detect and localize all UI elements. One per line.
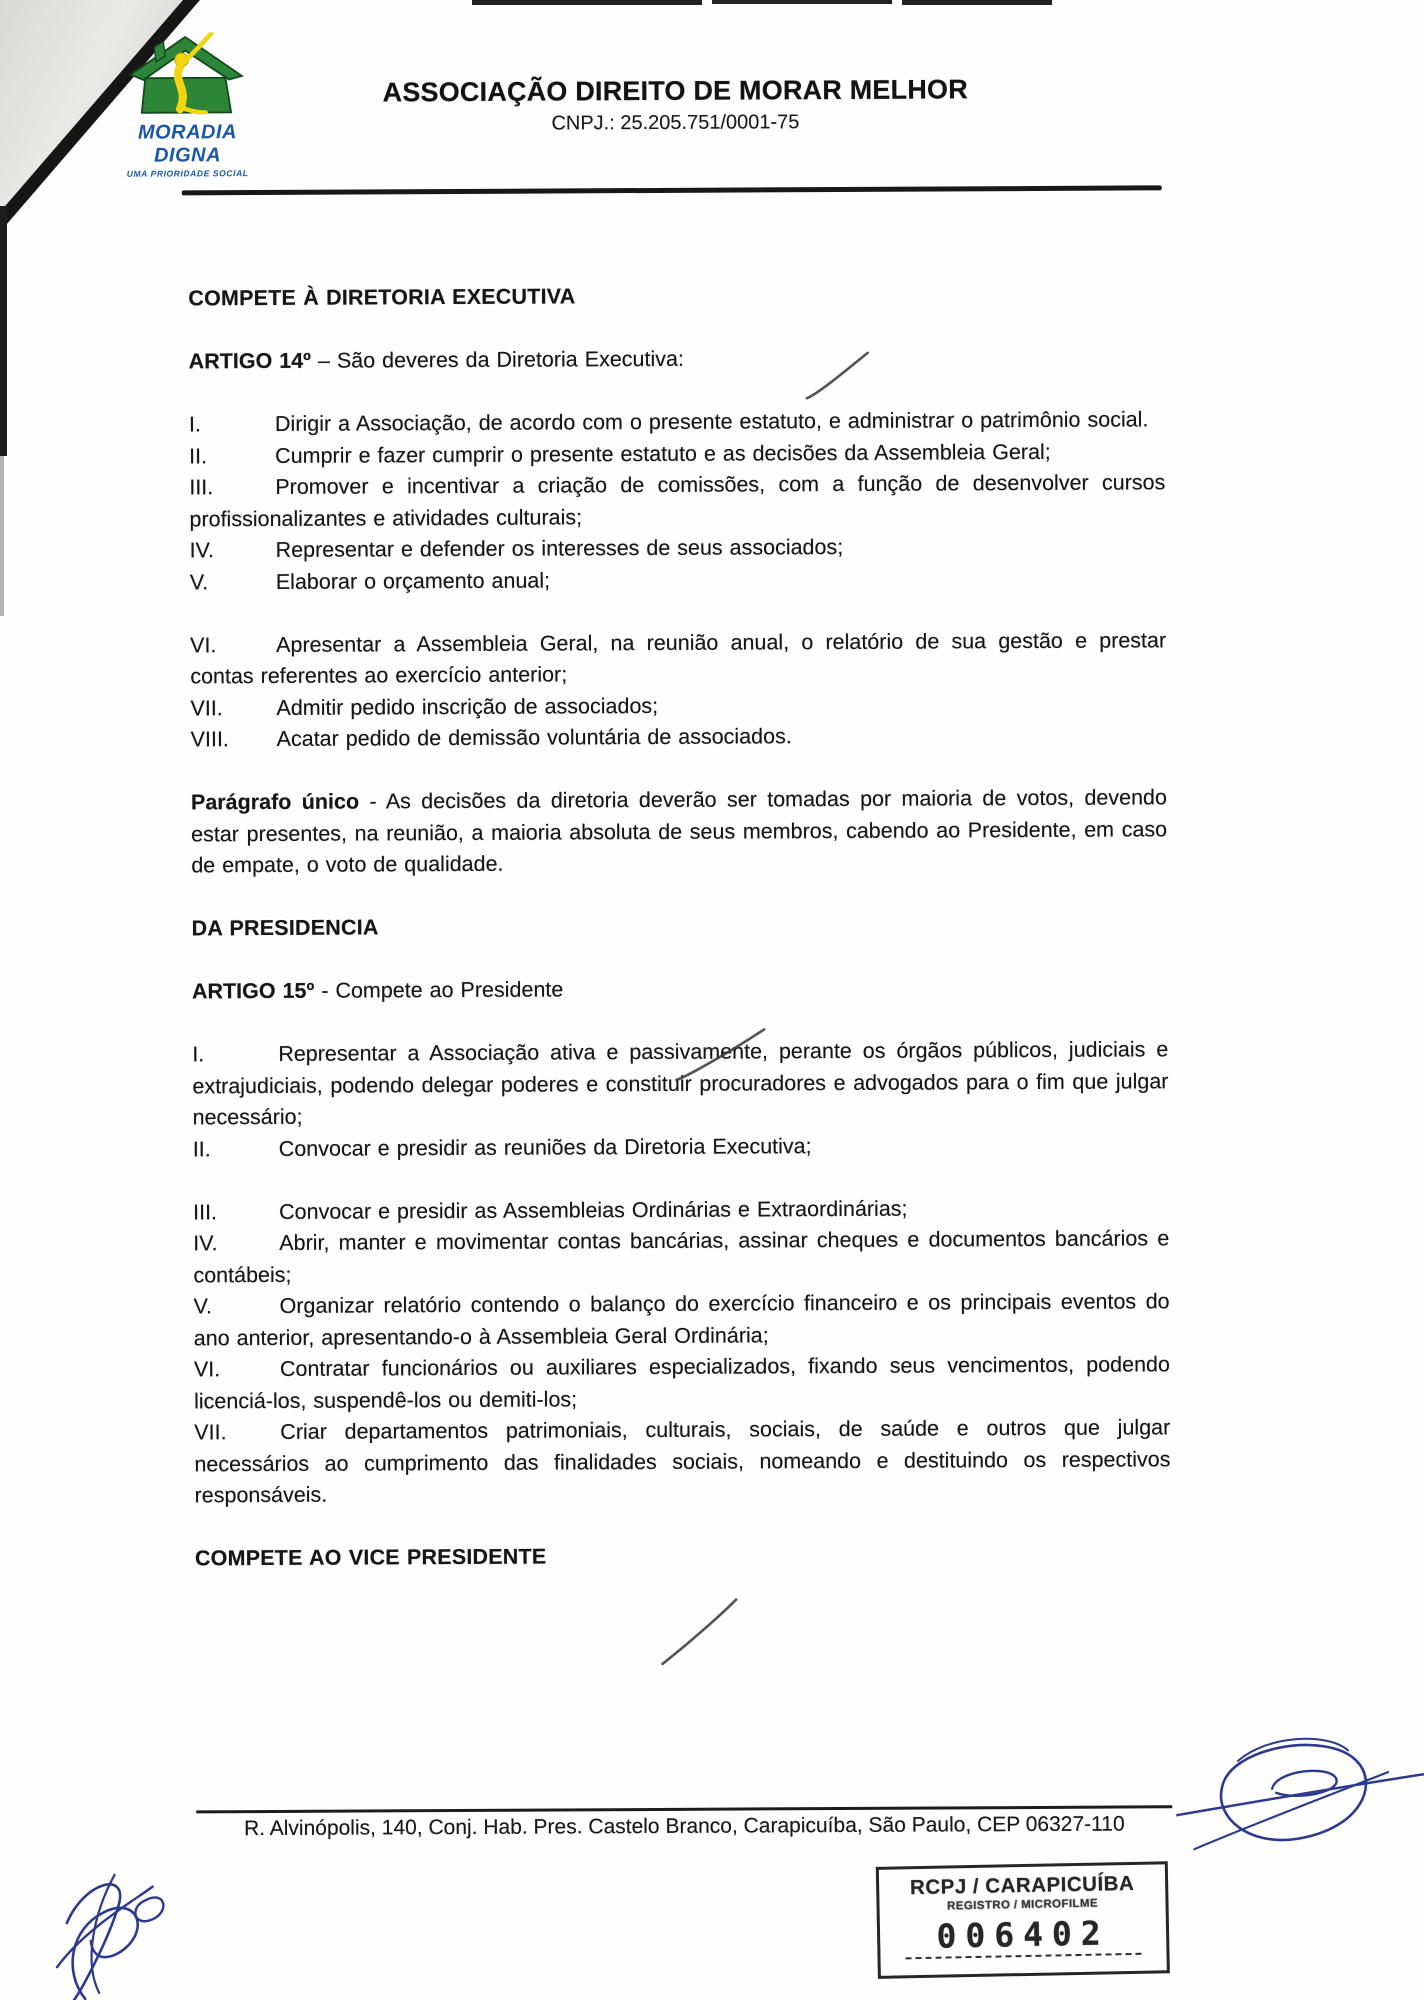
item-numeral: V. xyxy=(190,566,276,598)
statute-item: I.Dirigir a Associação, de acordo com o … xyxy=(189,404,1165,441)
section-heading-presidencia: DA PRESIDENCIA xyxy=(192,908,1168,945)
item-text: Admitir pedido inscrição de associados; xyxy=(276,693,658,719)
pen-slash-mark xyxy=(672,1025,768,1084)
statute-item: V.Elaborar o orçamento anual; xyxy=(190,562,1166,599)
item-text: Dirigir a Associação, de acordo com o pr… xyxy=(275,407,1149,436)
item-numeral: VII. xyxy=(190,692,276,724)
statute-item: IV.Representar e defender os interesses … xyxy=(190,530,1166,567)
statute-item: VI.Contratar funcionários ou auxiliares … xyxy=(194,1349,1170,1417)
item-numeral: III. xyxy=(189,472,275,504)
item-text: Cumprir e fazer cumprir o presente estat… xyxy=(275,439,1051,467)
item-numeral: VI. xyxy=(190,629,276,661)
article-14-line: ARTIGO 14º – São deveres da Diretoria Ex… xyxy=(189,341,1165,378)
item-numeral: IV. xyxy=(193,1228,279,1260)
item-text: Acatar pedido de demissão voluntária de … xyxy=(277,724,792,751)
statute-item: VII.Criar departamentos patrimoniais, cu… xyxy=(194,1412,1170,1512)
section-heading-vice-presidente: COMPETE AO VICE PRESIDENTE xyxy=(195,1538,1171,1575)
article-15-line: ARTIGO 15º - Compete ao Presidente xyxy=(192,971,1168,1008)
document-scan-area: MORADIA DIGNA UMA PRIORIDADE SOCIAL ASSO… xyxy=(0,0,1424,2000)
item-numeral: IV. xyxy=(190,535,276,567)
scanned-document-page: MORADIA DIGNA UMA PRIORIDADE SOCIAL ASSO… xyxy=(0,0,1424,2000)
article-14-items-b: VI.Apresentar a Assembleia Geral, na reu… xyxy=(190,625,1167,756)
item-numeral: VIII. xyxy=(191,724,277,756)
item-text: Abrir, manter e movimentar contas bancár… xyxy=(193,1226,1169,1287)
item-text: Convocar e presidir as reuniões da Diret… xyxy=(279,1134,812,1161)
article-15-text: - Compete ao Presidente xyxy=(314,977,563,1002)
statute-item: II.Cumprir e fazer cumprir o presente es… xyxy=(189,436,1165,473)
article-15-items-b: III.Convocar e presidir as Assembleias O… xyxy=(193,1192,1171,1512)
item-numeral: II. xyxy=(189,440,275,472)
statute-item: V.Organizar relatório contendo o balanço… xyxy=(194,1286,1170,1354)
article-14-label: ARTIGO 14º xyxy=(189,349,311,374)
organization-name: ASSOCIAÇÃO DIREITO DE MORAR MELHOR xyxy=(335,74,1015,109)
paraph-scribble xyxy=(1176,1714,1424,1857)
house-logo-icon xyxy=(121,32,253,115)
article-14-text: – São deveres da Diretoria Executiva: xyxy=(311,347,684,373)
item-numeral: V. xyxy=(194,1291,280,1323)
footer-address: R. Alvinópolis, 140, Conj. Hab. Pres. Ca… xyxy=(196,1812,1172,1841)
document-body: COMPETE À DIRETORIA EXECUTIVA ARTIGO 14º… xyxy=(188,278,1171,1606)
signature-scribble xyxy=(53,1868,204,2000)
statute-item: III.Convocar e presidir as Assembleias O… xyxy=(193,1192,1169,1229)
statute-item: II.Convocar e presidir as reuniões da Di… xyxy=(193,1129,1169,1166)
section-heading-diretoria: COMPETE À DIRETORIA EXECUTIVA xyxy=(188,278,1164,315)
header-divider-rule xyxy=(182,185,1162,195)
item-text: Representar e defender os interesses de … xyxy=(276,535,844,562)
document-header: ASSOCIAÇÃO DIREITO DE MORAR MELHOR CNPJ.… xyxy=(335,74,1015,137)
org-logo: MORADIA DIGNA UMA PRIORIDADE SOCIAL xyxy=(107,32,268,179)
statute-item: III.Promover e incentivar a criação de c… xyxy=(189,467,1165,535)
statute-item: VIII.Acatar pedido de demissão voluntári… xyxy=(191,719,1167,756)
item-numeral: I. xyxy=(192,1039,278,1071)
item-text: Elaborar o orçamento anual; xyxy=(276,568,550,593)
item-text: Criar departamentos patrimoniais, cultur… xyxy=(194,1415,1170,1507)
statute-item: IV.Abrir, manter e movimentar contas ban… xyxy=(193,1223,1169,1291)
item-numeral: II. xyxy=(193,1133,279,1165)
item-text: Apresentar a Assembleia Geral, na reuniã… xyxy=(190,628,1166,689)
registry-stamp: RCPJ / CARAPICUÍBA REGISTRO / MICROFILME… xyxy=(876,1861,1170,1979)
footer-divider-rule xyxy=(196,1805,1172,1813)
organization-cnpj: CNPJ.: 25.205.751/0001-75 xyxy=(335,110,1015,137)
pen-slash-mark xyxy=(658,1596,740,1668)
logo-title: MORADIA DIGNA xyxy=(107,121,267,168)
logo-subtitle: UMA PRIORIDADE SOCIAL xyxy=(108,168,268,179)
article-14-items-a: I.Dirigir a Associação, de acordo com o … xyxy=(189,404,1166,598)
pen-slash-mark xyxy=(802,349,874,403)
item-text: Promover e incentivar a criação de comis… xyxy=(189,470,1165,531)
item-numeral: III. xyxy=(193,1196,279,1228)
stamp-number: 006402 xyxy=(905,1913,1142,1960)
item-text: Organizar relatório contendo o balanço d… xyxy=(194,1289,1170,1350)
item-text: Convocar e presidir as Assembleias Ordin… xyxy=(279,1196,908,1223)
sole-paragraph-label: Parágrafo único xyxy=(191,790,359,815)
item-text: Contratar funcionários ou auxiliares esp… xyxy=(194,1352,1170,1413)
item-numeral: VI. xyxy=(194,1354,280,1386)
statute-item: VI.Apresentar a Assembleia Geral, na reu… xyxy=(190,625,1166,693)
item-numeral: I. xyxy=(189,409,275,441)
sole-paragraph: Parágrafo único - As decisões da diretor… xyxy=(191,782,1167,882)
item-numeral: VII. xyxy=(194,1417,280,1449)
article-15-label: ARTIGO 15º xyxy=(192,979,314,1004)
statute-item: VII.Admitir pedido inscrição de associad… xyxy=(190,688,1166,725)
